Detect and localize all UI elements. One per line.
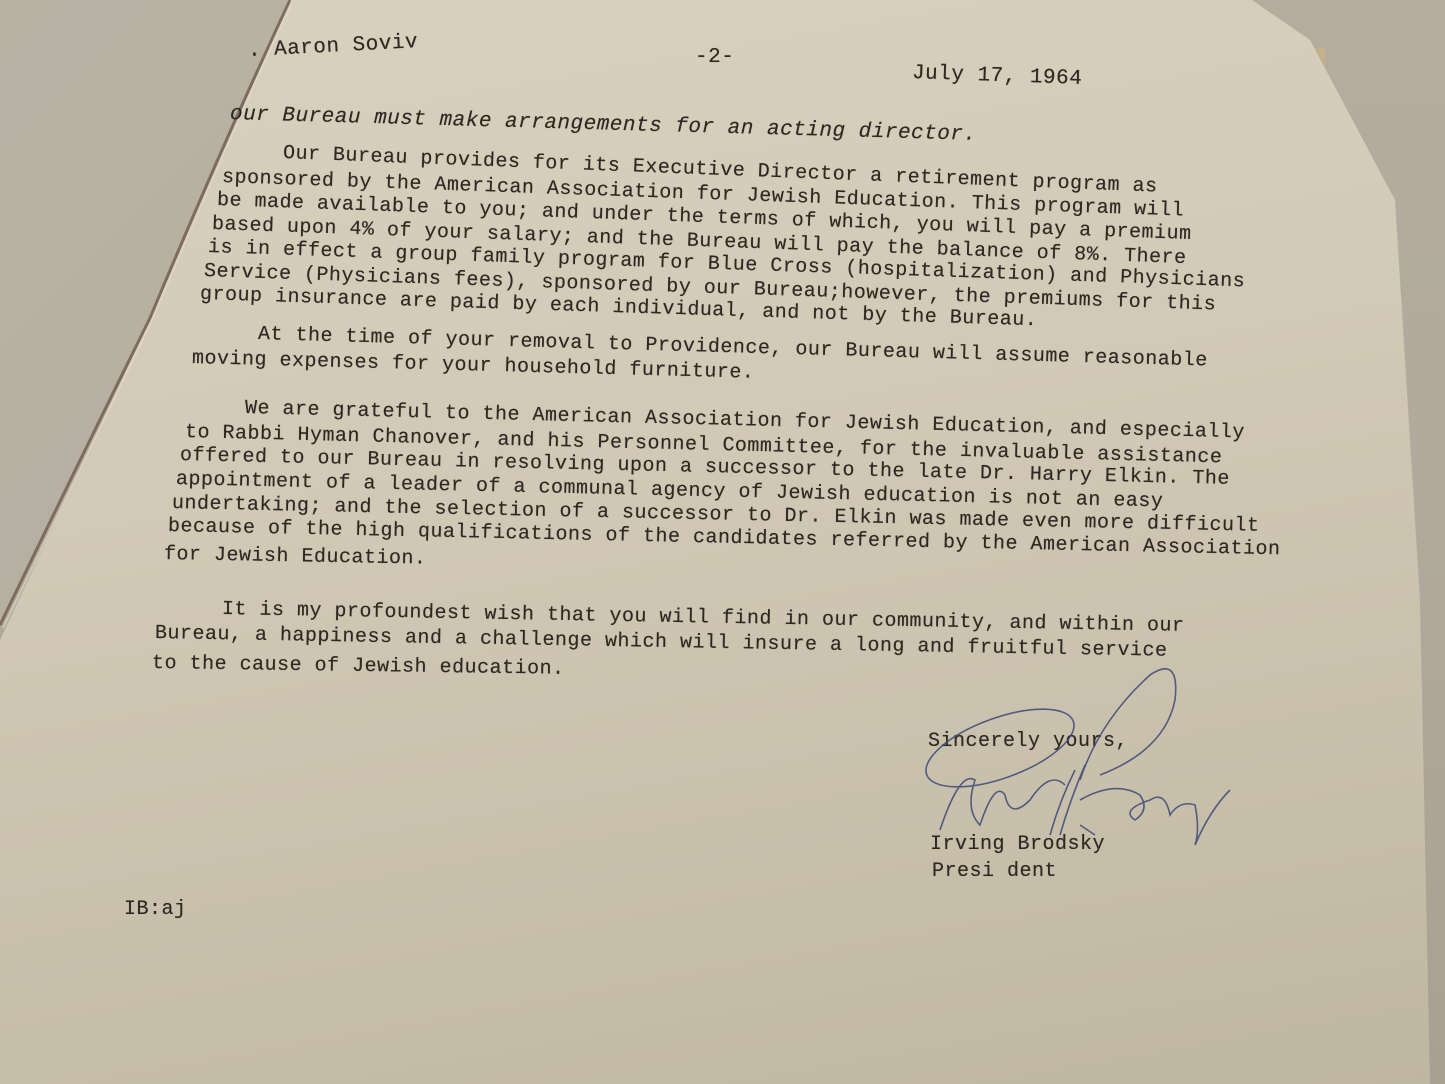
photo-scene: . Aaron Soviv -2- July 17, 1964 our Bure… bbox=[0, 0, 1445, 1084]
page-number: -2- bbox=[695, 46, 734, 69]
body-line: for Jewish Education. bbox=[164, 543, 427, 571]
signer-name: Irving Brodsky bbox=[930, 833, 1105, 856]
signer-title: Presi dent bbox=[932, 860, 1057, 883]
closing-salutation: Sincerely yours, bbox=[928, 730, 1128, 753]
reference-initials: IB:aj bbox=[124, 898, 187, 921]
